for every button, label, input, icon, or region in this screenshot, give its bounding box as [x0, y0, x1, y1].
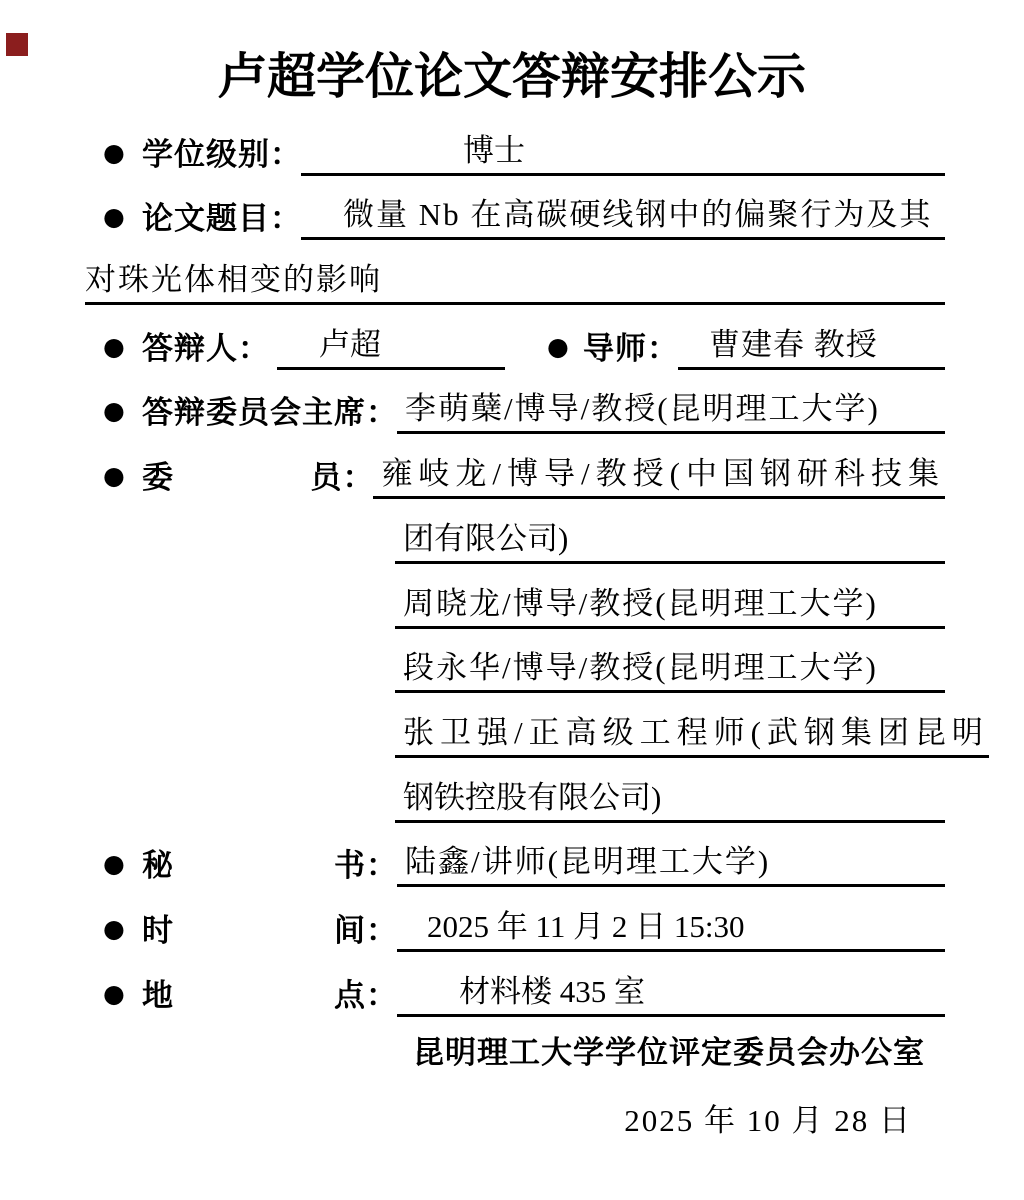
degree-value: 博士 — [301, 129, 945, 176]
row-member-continuation: 钢铁控股有限公司) — [85, 758, 945, 823]
label-colon: ： — [647, 328, 678, 370]
chair-value: 李萌蘖/博导/教授(昆明理工大学) — [397, 387, 945, 434]
label-colon: ： — [270, 198, 301, 240]
members-label: 委员 — [142, 457, 342, 499]
page-title: 卢超学位论文答辩安排公示 — [0, 46, 1024, 108]
row-member: 段永华/博导/教授(昆明理工大学) — [85, 629, 945, 694]
chair-label: 答辩委员会主席 — [142, 392, 366, 434]
label-colon: ： — [342, 457, 373, 499]
row-member-continuation: 团有限公司) — [85, 499, 945, 564]
label-colon: ： — [366, 392, 397, 434]
issuing-office: 昆明理工大学学位评定委员会办公室 — [0, 1033, 945, 1073]
label-colon: ： — [366, 845, 397, 887]
issue-date: 2025 年 10 月 28 日 — [0, 1101, 945, 1141]
row-committee-chair: ● 答辩委员会主席 ： 李萌蘖/博导/教授(昆明理工大学) — [85, 370, 945, 435]
label-colon: ： — [270, 134, 301, 176]
location-value: 材料楼 435 室 — [397, 970, 945, 1017]
bullet-icon: ● — [85, 390, 142, 432]
member-value-line4: 段永华/博导/教授(昆明理工大学) — [395, 646, 945, 693]
bullet-icon: ● — [85, 132, 142, 174]
label-colon: ： — [366, 975, 397, 1017]
member-value-line3: 周晓龙/博导/教授(昆明理工大学) — [395, 582, 945, 629]
location-label: 地点 — [142, 975, 366, 1017]
label-colon: ： — [366, 910, 397, 952]
row-degree: ● 学位级别 ： 博士 — [85, 111, 945, 176]
member-value-line6: 钢铁控股有限公司) — [395, 776, 945, 823]
row-member: 张卫强/正高级工程师(武钢集团昆明 — [85, 693, 945, 758]
bullet-icon: ● — [85, 908, 142, 950]
supervisor-label: 导师 — [583, 328, 647, 370]
time-value: 2025 年 11 月 2 日 15:30 — [397, 905, 945, 952]
bullet-icon: ● — [85, 973, 142, 1015]
bullet-icon: ● — [85, 196, 142, 238]
row-member: 周晓龙/博导/教授(昆明理工大学) — [85, 564, 945, 629]
thesis-value-line1: 微量 Nb 在高碳硬线钢中的偏聚行为及其 — [301, 193, 945, 240]
member-value-line1: 雍岐龙/博导/教授(中国钢研科技集 — [373, 452, 945, 499]
thesis-label: 论文题目 — [142, 198, 270, 240]
row-secretary: ● 秘书 ： 陆鑫/讲师(昆明理工大学) — [85, 823, 945, 888]
label-colon: ： — [238, 328, 269, 370]
bullet-icon: ● — [85, 843, 142, 885]
member-value-line5: 张卫强/正高级工程师(武钢集团昆明 — [395, 711, 989, 758]
row-thesis-continuation: 对珠光体相变的影响 — [85, 240, 945, 305]
row-committee-members: ● 委员 ： 雍岐龙/博导/教授(中国钢研科技集 — [85, 434, 945, 499]
secretary-value: 陆鑫/讲师(昆明理工大学) — [397, 840, 945, 887]
defender-value: 卢超 — [277, 323, 505, 370]
supervisor-value: 曹建春 教授 — [678, 323, 945, 370]
row-defender-supervisor: ● 答辩人 ： 卢超 ● 导师 ： 曹建春 教授 — [85, 305, 945, 370]
form-rows: ● 学位级别 ： 博士 ● 论文题目 ： 微量 Nb 在高碳硬线钢中的偏聚行为及… — [0, 111, 1024, 1017]
corner-mark — [6, 33, 28, 56]
thesis-value-line2: 对珠光体相变的影响 — [85, 258, 945, 305]
footer: 昆明理工大学学位评定委员会办公室 2025 年 10 月 28 日 — [0, 1033, 1024, 1141]
bullet-icon: ● — [85, 326, 142, 368]
row-time: ● 时间 ： 2025 年 11 月 2 日 15:30 — [85, 887, 945, 952]
secretary-label: 秘书 — [142, 845, 366, 887]
bullet-icon: ● — [85, 455, 142, 497]
member-value-line2: 团有限公司) — [395, 517, 945, 564]
row-location: ● 地点 ： 材料楼 435 室 — [85, 952, 945, 1017]
defender-label: 答辩人 — [142, 328, 238, 370]
degree-label: 学位级别 — [142, 134, 270, 176]
defense-announcement-page: 卢超学位论文答辩安排公示 ● 学位级别 ： 博士 ● 论文题目 ： 微量 Nb … — [0, 0, 1024, 1200]
time-label: 时间 — [142, 910, 366, 952]
row-thesis-title: ● 论文题目 ： 微量 Nb 在高碳硬线钢中的偏聚行为及其 — [85, 176, 945, 241]
bullet-icon: ● — [547, 326, 583, 368]
